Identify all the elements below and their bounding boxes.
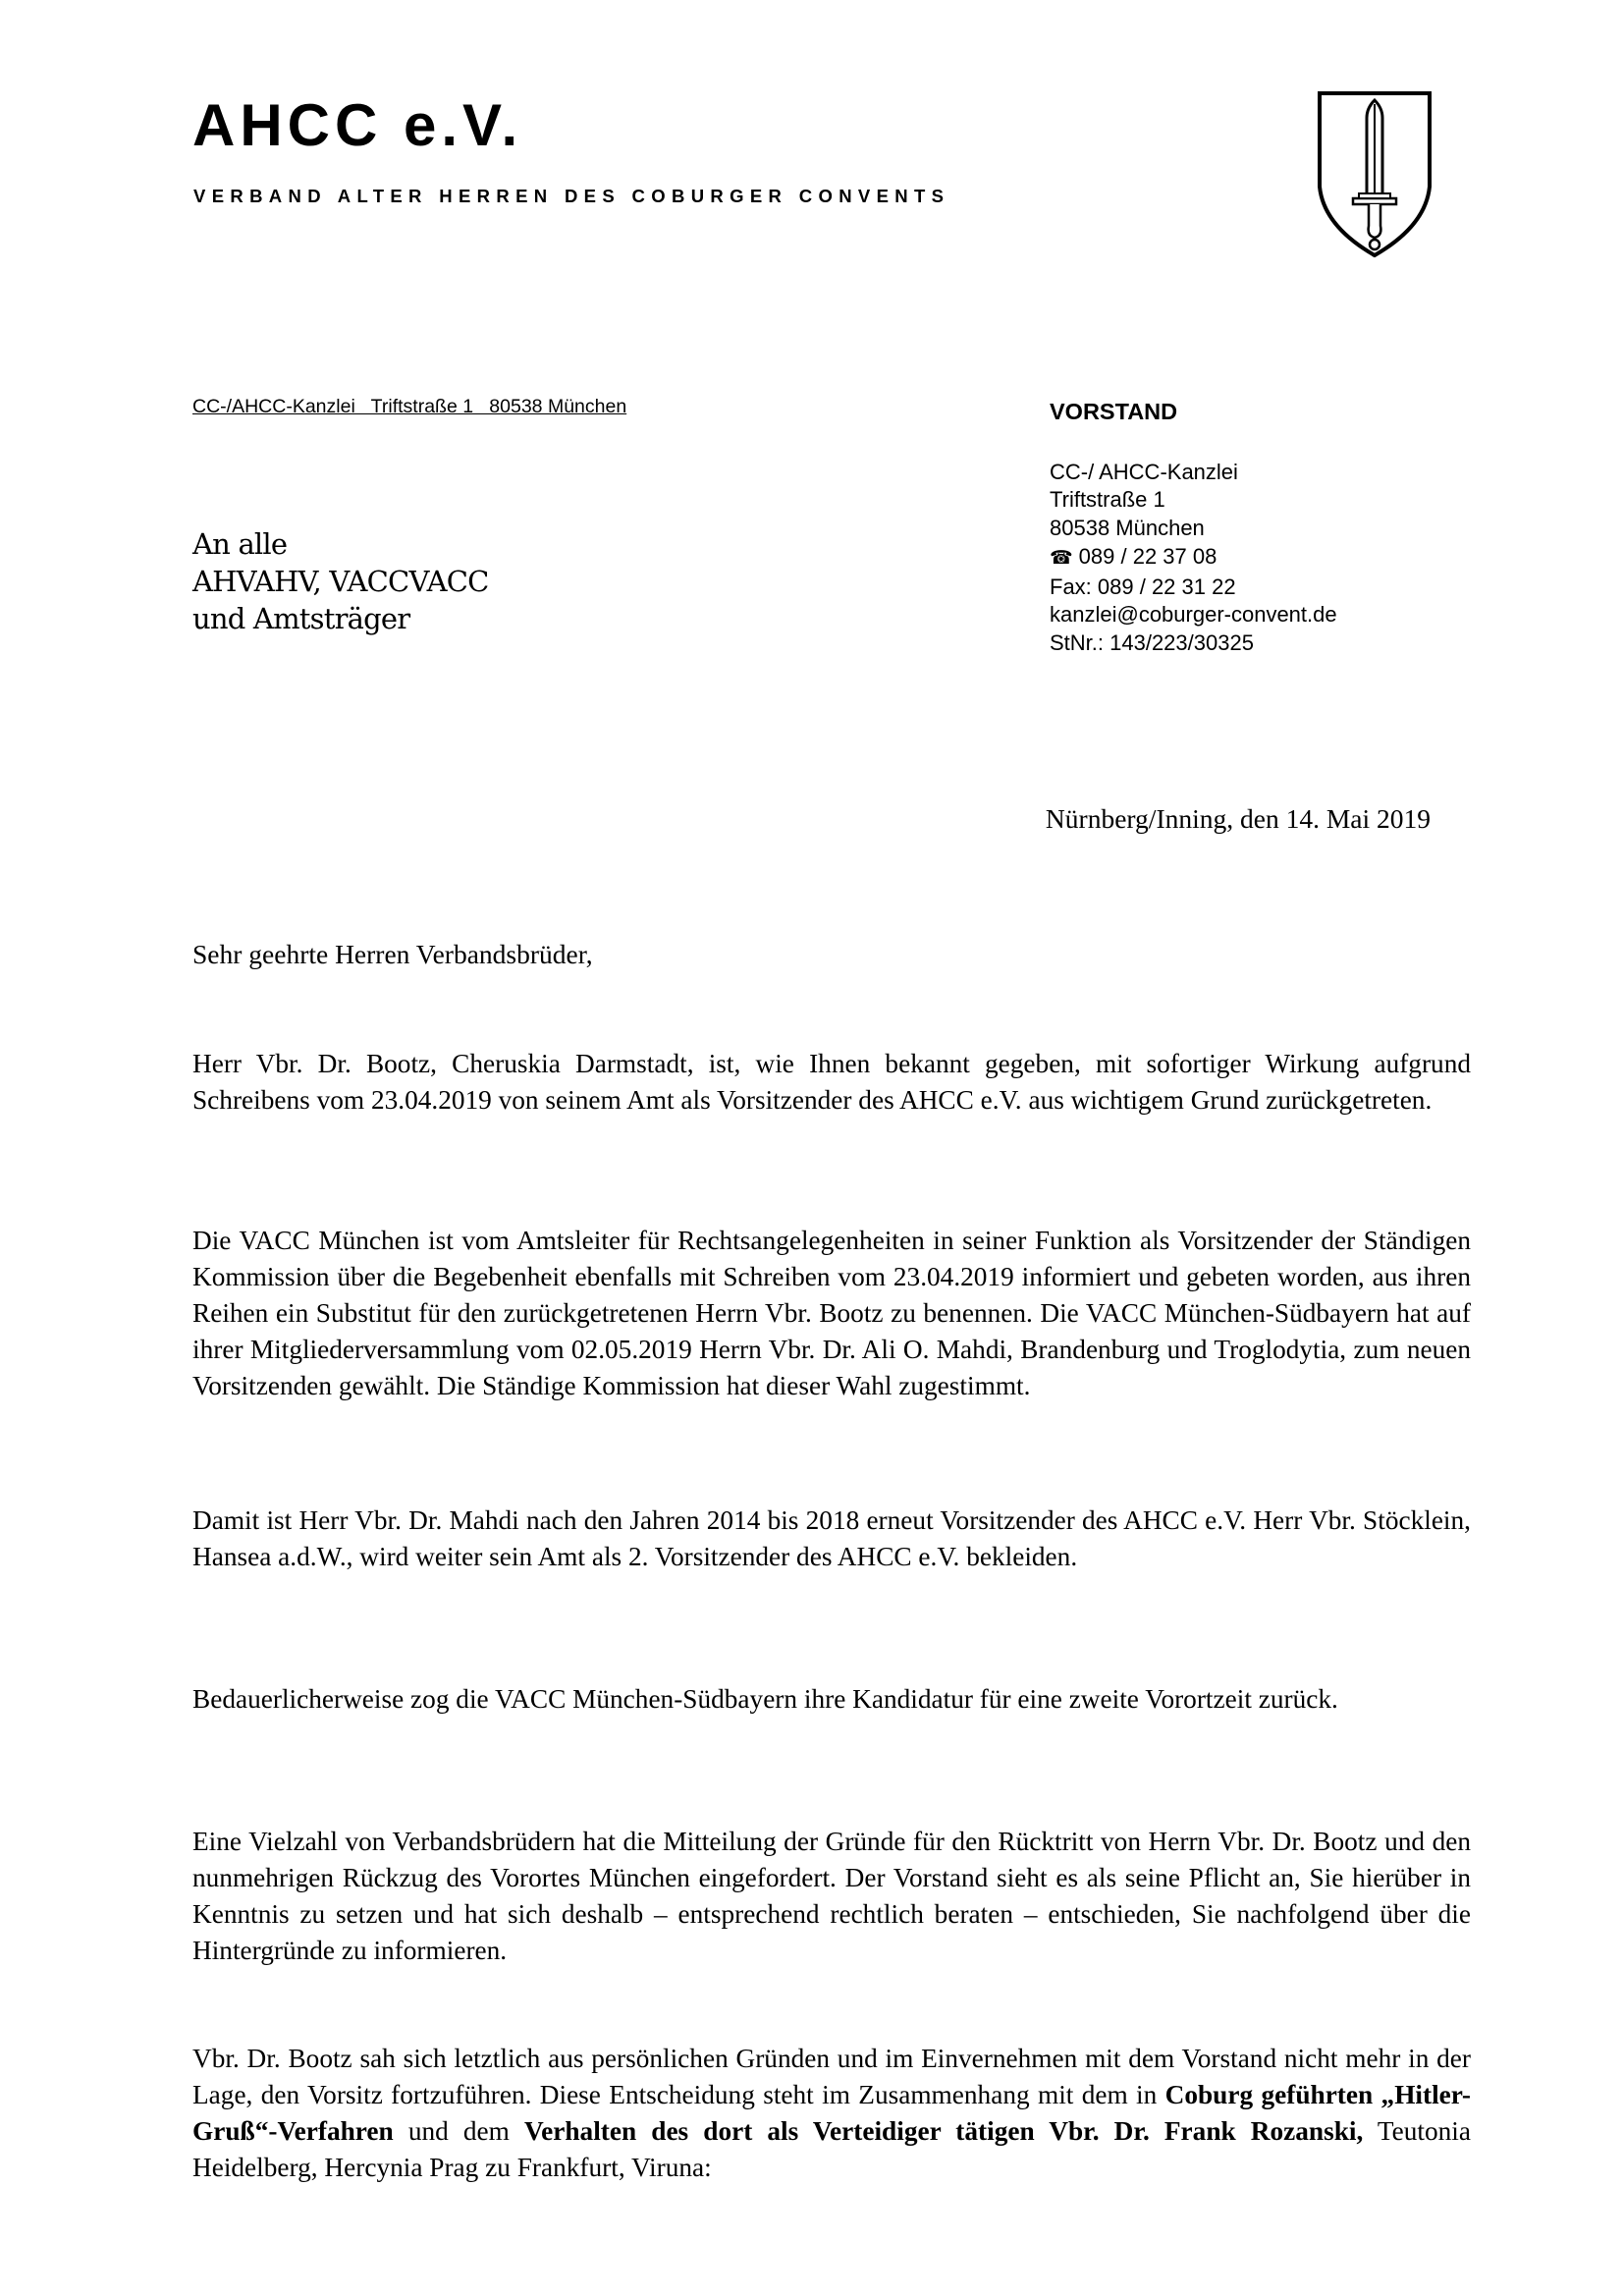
bold-text-run: Verhalten des dort als Verteidiger tätig… <box>524 2116 1363 2146</box>
letter-page: AHCC e.V. VERBAND ALTER HERREN DES COBUR… <box>0 0 1623 2296</box>
city-address: 80538 München <box>1050 515 1337 543</box>
body-paragraph: Vbr. Dr. Bootz sah sich letztlich aus pe… <box>192 2041 1471 2186</box>
paragraph-text: Herr Vbr. Dr. Bootz, Cheruskia Darmstadt… <box>192 1046 1471 1119</box>
salutation: Sehr geehrte Herren Verbandsbrüder, <box>192 941 593 968</box>
telephone-icon: ☎ <box>1050 545 1073 574</box>
tax-number: StNr.: 143/223/30325 <box>1050 629 1337 658</box>
org-subtitle: VERBAND ALTER HERREN DES COBURGER CONVEN… <box>193 188 949 206</box>
paragraph-text: Bedauerlicherweise zog die VACC München-… <box>192 1681 1471 1718</box>
phone-number: 089 / 22 37 08 <box>1079 544 1217 569</box>
paragraph-text: Damit ist Herr Vbr. Dr. Mahdi nach den J… <box>192 1503 1471 1575</box>
street-address: Triftstraße 1 <box>1050 486 1337 515</box>
place-and-date: Nürnberg/Inning, den 14. Mai 2019 <box>1046 805 1431 833</box>
text-run: und dem <box>394 2116 524 2146</box>
phone-line: ☎089 / 22 37 08 <box>1050 543 1337 574</box>
sender-return-address: CC-/AHCC-Kanzlei Triftstraße 1 80538 Mün… <box>192 398 626 417</box>
body-paragraph: Die VACC München ist vom Amtsleiter für … <box>192 1223 1471 1404</box>
paragraph-text: Eine Vielzahl von Verbandsbrüdern hat di… <box>192 1824 1471 1969</box>
paragraph-text: Die VACC München ist vom Amtsleiter für … <box>192 1223 1471 1404</box>
org-name: AHCC e.V. <box>192 96 522 155</box>
body-paragraph: Damit ist Herr Vbr. Dr. Mahdi nach den J… <box>192 1503 1471 1575</box>
recipient-block: An alle AHVAHV, VACCVACC und Amtsträger <box>192 525 489 637</box>
recipient-line: und Amtsträger <box>192 600 489 637</box>
paragraph-text: Vbr. Dr. Bootz sah sich letztlich aus pe… <box>192 2041 1471 2186</box>
vorstand-title: VORSTAND <box>1050 401 1337 424</box>
recipient-line: AHVAHV, VACCVACC <box>192 563 489 600</box>
vorstand-contact-block: VORSTAND CC-/ AHCC-Kanzlei Triftstraße 1… <box>1050 401 1337 658</box>
recipient-line: An alle <box>192 525 489 563</box>
body-paragraph: Bedauerlicherweise zog die VACC München-… <box>192 1681 1471 1718</box>
email-address[interactable]: kanzlei@coburger-convent.de <box>1050 601 1337 629</box>
body-paragraph: Herr Vbr. Dr. Bootz, Cheruskia Darmstadt… <box>192 1046 1471 1119</box>
shield-with-sword-icon <box>1316 88 1434 260</box>
office-name: CC-/ AHCC-Kanzlei <box>1050 459 1337 487</box>
body-paragraph: Eine Vielzahl von Verbandsbrüdern hat di… <box>192 1824 1471 1969</box>
fax-number: Fax: 089 / 22 31 22 <box>1050 574 1337 602</box>
